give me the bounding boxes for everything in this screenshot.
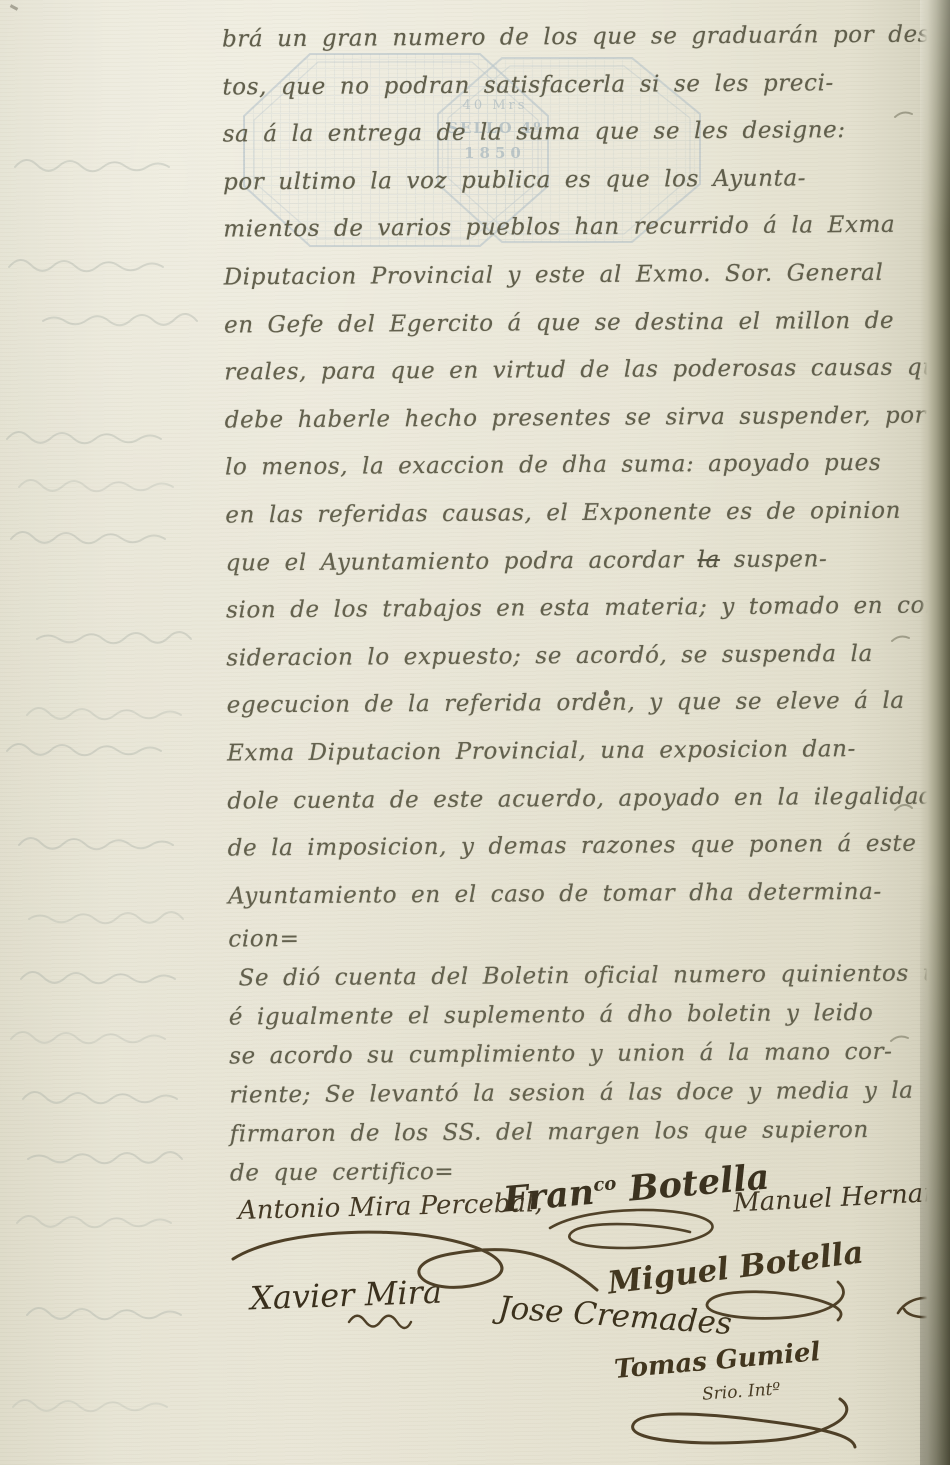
manuscript-line-with-strikethrough: que el Ayuntamiento podra acordar la sus… xyxy=(226,535,932,588)
manuscript-page: 40 Mrs SELLO 4º 1850 brá un gran numero … xyxy=(0,0,950,1465)
ink-bleed-through xyxy=(18,964,198,990)
ink-bleed-through xyxy=(20,306,200,332)
ink-bleed-through xyxy=(14,1208,194,1234)
ink-bleed-through xyxy=(8,1024,188,1050)
manuscript-line: en Gefe del Egercito á que se destina el… xyxy=(224,297,930,350)
manuscript-line: Exma Diputacion Provincial, una exposici… xyxy=(227,725,933,778)
signature-flourish-xavier xyxy=(225,1224,605,1304)
manuscript-line: sa á la entrega de la suma que se les de… xyxy=(223,107,929,160)
ink-bleed-through xyxy=(16,830,196,856)
signature-superscript: co xyxy=(592,1173,617,1196)
manuscript-line: é igualmente el suplemento á dho boletin… xyxy=(229,994,935,1038)
manuscript-line: se acordo su cumplimiento y union á la m… xyxy=(229,1033,935,1077)
manuscript-line: riente; Se levantó la sesion á las doce … xyxy=(229,1072,935,1116)
ink-bleed-through xyxy=(20,1084,200,1110)
manuscript-line: mientos de varios pueblos han recurrido … xyxy=(223,202,929,255)
signature-underline-squiggle xyxy=(345,1308,415,1332)
signature-tomas-gumiel: Tomas Gumiel xyxy=(613,1337,822,1385)
ink-bleed-through xyxy=(5,1144,185,1170)
manuscript-text-block: brá un gran numero de los que se graduar… xyxy=(222,12,936,1194)
manuscript-line: cion= xyxy=(228,916,934,960)
manuscript-line: sion de los trabajos en esta materia; y … xyxy=(226,583,932,636)
ink-bleed-through xyxy=(24,700,204,726)
line-segment: que el Ayuntamiento podra acordar xyxy=(226,547,698,576)
manuscript-line: Diputacion Provincial y este al Exmo. So… xyxy=(224,250,930,303)
paragraph-session-minutes: brá un gran numero de los que se graduar… xyxy=(222,12,934,921)
ink-bleed-through xyxy=(8,524,188,550)
manuscript-line: tos, que no podran satisfacerla si se le… xyxy=(222,59,928,112)
signature-flourish-tomas xyxy=(615,1393,865,1455)
manuscript-line: debe haberle hecho presentes se sirva su… xyxy=(225,392,931,445)
paragraph-boletin-and-closing: cion= Se dió cuenta del Boletin oficial … xyxy=(228,916,936,1194)
ink-bleed-through xyxy=(4,736,184,762)
ink-speck xyxy=(10,4,18,10)
manuscript-line: Ayuntamiento en el caso de tomar dha det… xyxy=(228,868,934,921)
manuscript-line: dole cuenta de este acuerdo, apoyado en … xyxy=(227,773,933,826)
ink-bleed-through xyxy=(10,1392,190,1418)
manuscript-line: firmaron de los SS. del margen los que s… xyxy=(230,1111,936,1155)
ink-bleed-through xyxy=(6,904,186,930)
manuscript-line: Se dió cuenta del Boletin oficial numero… xyxy=(238,955,934,999)
ink-bleed-through xyxy=(4,424,184,450)
struck-word: la xyxy=(697,547,719,573)
ink-bleed-through xyxy=(12,152,192,178)
ink-bleed-through xyxy=(24,1300,204,1326)
manuscript-line: lo menos, la exaccion de dha suma: apoya… xyxy=(225,440,931,493)
ink-bleed-through xyxy=(16,472,196,498)
book-fore-edge xyxy=(920,0,950,1465)
line-segment: suspen- xyxy=(720,546,828,573)
ink-bleed-through xyxy=(14,624,194,650)
signature-antonio-mira-percebal: Antonio Mira Percebal, xyxy=(238,1188,543,1226)
manuscript-line: por ultimo la voz publica es que los Ayu… xyxy=(223,154,929,207)
manuscript-line: brá un gran numero de los que se graduar… xyxy=(222,12,928,65)
ink-bleed-through xyxy=(6,252,186,278)
signature-flourish-miguel xyxy=(688,1278,853,1326)
manuscript-line: en las referidas causas, el Exponente es… xyxy=(225,487,931,540)
manuscript-line: reales, para que en virtud de las podero… xyxy=(224,345,930,398)
manuscript-line: de la imposicion, y demas razones que po… xyxy=(228,821,934,874)
manuscript-line: sideracion lo expuesto; se acordó, se su… xyxy=(226,630,932,683)
manuscript-line: egecucion de la referida orden, y que se… xyxy=(227,678,933,731)
